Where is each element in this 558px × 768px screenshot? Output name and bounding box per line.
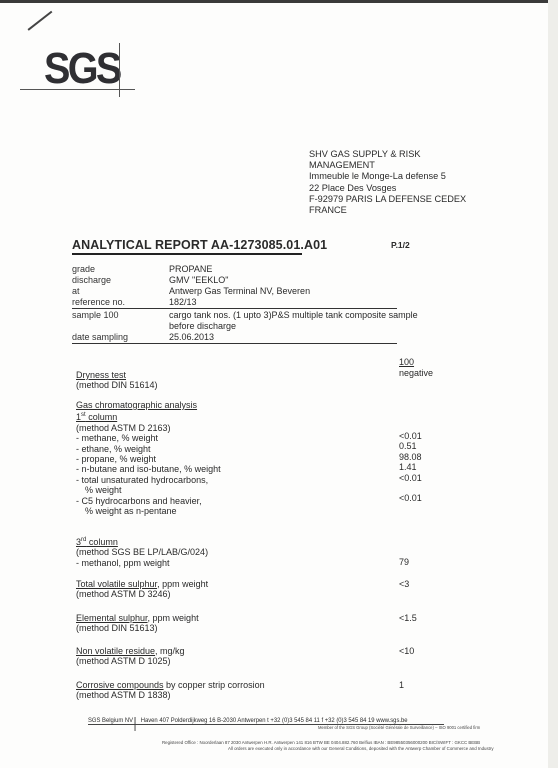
component-value: 0.51 xyxy=(399,441,422,451)
test-name: Corrosive compounds xyxy=(76,680,164,690)
elemental-result: <1.5 xyxy=(399,613,417,623)
meta-label: reference no. xyxy=(72,297,162,308)
meta-value: PROPANE xyxy=(169,264,212,275)
section-title: Gas chromatographic analysis xyxy=(76,400,221,410)
gc-results: <0.01 0.51 98.08 1.41 <0.01 <0.01 xyxy=(399,431,422,504)
component-value: 1.41 xyxy=(399,462,422,472)
address-line: F-92979 PARIS LA DEFENSE CEDEX xyxy=(309,194,549,205)
component-label: - C5 hydrocarbons and heavier, xyxy=(76,496,221,506)
logo-divider xyxy=(20,89,135,90)
test-title: Elemental sulphur, ppm weight xyxy=(76,613,199,623)
company-address: Haven 407 Polderdijkweg 16 B-2030 Antwer… xyxy=(141,717,408,724)
sample-column-header: 100 xyxy=(399,357,414,367)
logo-divider-vertical xyxy=(119,43,120,97)
meta-value: 25.06.2013 xyxy=(169,332,214,343)
meta-divider xyxy=(72,343,397,344)
dryness-result: negative xyxy=(399,368,433,378)
address-line: Immeuble le Monge-La defense 5 xyxy=(309,171,549,182)
component-label: - ethane, % weight xyxy=(76,444,221,454)
component-label: % weight xyxy=(76,485,221,495)
report-page: SGS SHV GAS SUPPLY & RISK MANAGEMENT Imm… xyxy=(0,0,548,768)
component-label: - n-butane and iso-butane, % weight xyxy=(76,464,221,474)
meta-value: 182/13 xyxy=(169,297,197,308)
footer-member: Member of the SGS Group (Société Général… xyxy=(318,725,480,730)
meta-value: Antwerp Gas Terminal NV, Beveren xyxy=(169,286,310,297)
meta-label: discharge xyxy=(72,275,162,286)
test-method: (method DIN 51614) xyxy=(76,380,158,390)
test-method: (method DIN 51613) xyxy=(76,623,199,633)
meta-value: cargo tank nos. (1 upto 3)P&S multiple t… xyxy=(169,310,418,321)
meta-label: at xyxy=(72,286,162,297)
elemental-sulphur-test: Elemental sulphur, ppm weight (method DI… xyxy=(76,613,199,634)
meta-divider xyxy=(72,308,397,309)
corrosive-test: Corrosive compounds by copper strip corr… xyxy=(76,680,265,701)
meta-label: sample 100 xyxy=(72,310,162,321)
address-line: SHV GAS SUPPLY & RISK xyxy=(309,149,549,160)
meta-value: GMV "EEKLO" xyxy=(169,275,228,286)
test-name: Dryness test xyxy=(76,370,158,380)
test-title: Non volatile residue, mg/kg xyxy=(76,646,185,656)
sgs-logo: SGS xyxy=(44,47,120,91)
test-unit: by copper strip corrosion xyxy=(164,680,265,690)
column-title: 3rd column xyxy=(76,535,208,547)
test-title: Total volatile sulphur, ppm weight xyxy=(76,579,208,589)
footer-conditions: All orders are executed only in accordan… xyxy=(228,746,494,751)
test-method: (method ASTM D 2163) xyxy=(76,423,221,433)
component-label: - methane, % weight xyxy=(76,433,221,443)
company-name: SGS Belgium NV xyxy=(88,717,133,724)
component-value: 98.08 xyxy=(399,452,422,462)
component-value: <0.01 xyxy=(399,473,422,483)
test-method: (method ASTM D 1838) xyxy=(76,690,265,700)
sulphur-result: <3 xyxy=(399,579,409,589)
meta-label: grade xyxy=(72,264,162,275)
component-label: - propane, % weight xyxy=(76,454,221,464)
test-name: Elemental sulphur xyxy=(76,613,148,623)
component-value: <0.01 xyxy=(399,431,422,441)
address-line: FRANCE xyxy=(309,205,549,216)
test-method: (method ASTM D 3246) xyxy=(76,589,208,599)
footer-separator xyxy=(135,717,136,731)
pen-mark xyxy=(28,11,53,31)
test-unit: , mg/kg xyxy=(155,646,185,656)
component-label: - total unsaturated hydrocarbons, xyxy=(76,475,221,485)
gc-analysis: Gas chromatographic analysis 1st column … xyxy=(76,400,221,516)
address-line: 22 Place Des Vosges xyxy=(309,183,549,194)
title-underline xyxy=(72,253,302,255)
meta-label: date sampling xyxy=(72,332,162,343)
address-line: MANAGEMENT xyxy=(309,160,549,171)
column-title: 1st column xyxy=(76,410,221,422)
recipient-address: SHV GAS SUPPLY & RISK MANAGEMENT Immeubl… xyxy=(309,149,549,216)
gc-third-column: 3rd column (method SGS BE LP/LAB/G/024) … xyxy=(76,535,208,568)
test-name: Non volatile residue xyxy=(76,646,155,656)
component-label: - methanol, ppm weight xyxy=(76,558,208,568)
test-method: (method ASTM D 1025) xyxy=(76,656,185,666)
component-label: % weight as n-pentane xyxy=(76,506,221,516)
residue-test: Non volatile residue, mg/kg (method ASTM… xyxy=(76,646,185,667)
report-title: ANALYTICAL REPORT AA-1273085.01.A01 xyxy=(72,238,327,252)
test-method: (method SGS BE LP/LAB/G/024) xyxy=(76,547,208,557)
sulphur-test: Total volatile sulphur, ppm weight (meth… xyxy=(76,579,208,600)
column-label: column xyxy=(86,537,118,547)
residue-result: <10 xyxy=(399,646,414,656)
test-unit: , ppm weight xyxy=(148,613,199,623)
test-unit: , ppm weight xyxy=(157,579,208,589)
page-number: P.1/2 xyxy=(391,240,410,250)
test-name: Total volatile sulphur xyxy=(76,579,157,589)
component-value: 79 xyxy=(399,557,409,567)
component-value: <0.01 xyxy=(399,493,422,503)
test-title: Corrosive compounds by copper strip corr… xyxy=(76,680,265,690)
dryness-test: Dryness test (method DIN 51614) xyxy=(76,370,158,391)
column-label: column xyxy=(86,412,118,422)
meta-value: before discharge xyxy=(169,321,236,332)
corrosive-result: 1 xyxy=(399,680,404,690)
page-edge xyxy=(548,0,558,768)
